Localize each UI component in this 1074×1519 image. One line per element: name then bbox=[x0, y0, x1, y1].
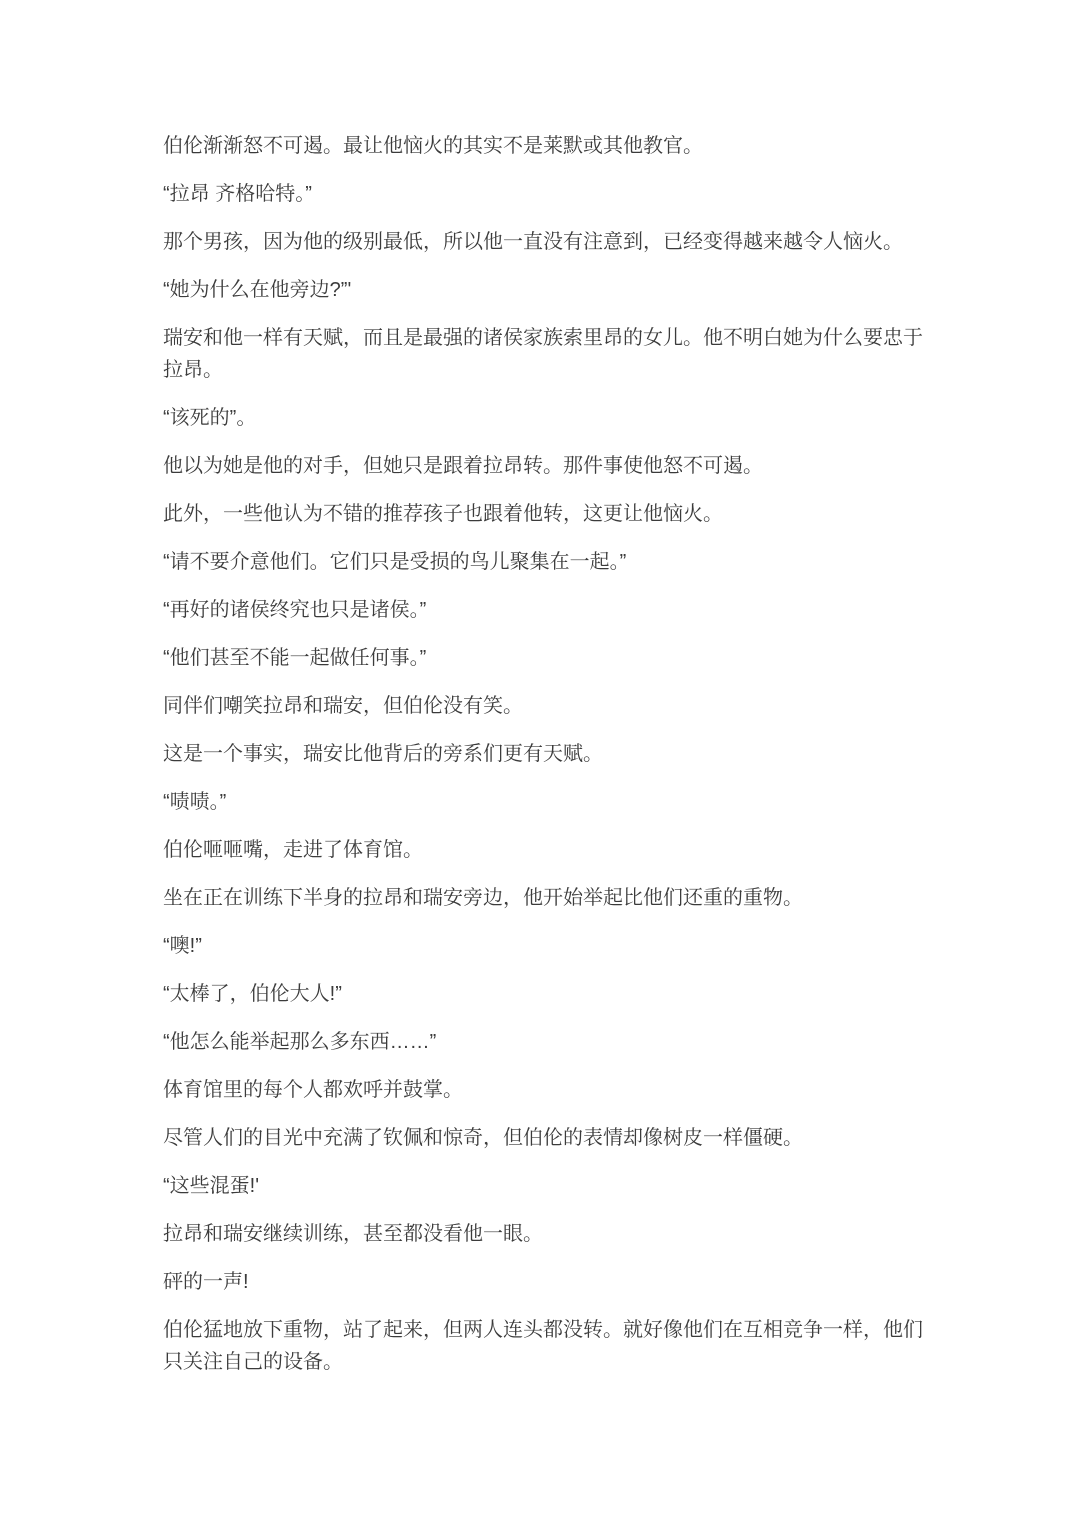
paragraph: 伯伦猛地放下重物，站了起来，但两人连头都没转。就好像他们在互相竞争一样，他们只关… bbox=[163, 1314, 929, 1378]
paragraph: “太棒了，伯伦大人!” bbox=[163, 978, 929, 1010]
paragraph: “这些混蛋!' bbox=[163, 1170, 929, 1202]
paragraph: 坐在正在训练下半身的拉昂和瑞安旁边，他开始举起比他们还重的重物。 bbox=[163, 882, 929, 914]
paragraph: “他怎么能举起那么多东西……” bbox=[163, 1026, 929, 1058]
paragraph: 砰的一声! bbox=[163, 1266, 929, 1298]
paragraph: 这是一个事实，瑞安比他背后的旁系们更有天赋。 bbox=[163, 738, 929, 770]
paragraph: 体育馆里的每个人都欢呼并鼓掌。 bbox=[163, 1074, 929, 1106]
paragraph: 那个男孩，因为他的级别最低，所以他一直没有注意到，已经变得越来越令人恼火。 bbox=[163, 226, 929, 258]
paragraph: “拉昂 齐格哈特。” bbox=[163, 178, 929, 210]
paragraph: 尽管人们的目光中充满了钦佩和惊奇，但伯伦的表情却像树皮一样僵硬。 bbox=[163, 1122, 929, 1154]
paragraph: 拉昂和瑞安继续训练，甚至都没看他一眼。 bbox=[163, 1218, 929, 1250]
paragraph: “她为什么在他旁边?”' bbox=[163, 274, 929, 306]
document-body: 伯伦渐渐怒不可遏。最让他恼火的其实不是莱默或其他教官。“拉昂 齐格哈特。”那个男… bbox=[163, 130, 929, 1378]
paragraph: “请不要介意他们。它们只是受损的鸟儿聚集在一起。” bbox=[163, 546, 929, 578]
paragraph: 伯伦咂咂嘴，走进了体育馆。 bbox=[163, 834, 929, 866]
paragraph: 他以为她是他的对手，但她只是跟着拉昂转。那件事使他怒不可遏。 bbox=[163, 450, 929, 482]
paragraph: 同伴们嘲笑拉昂和瑞安，但伯伦没有笑。 bbox=[163, 690, 929, 722]
novel-page: 伯伦渐渐怒不可遏。最让他恼火的其实不是莱默或其他教官。“拉昂 齐格哈特。”那个男… bbox=[0, 0, 1074, 1514]
paragraph: “该死的”。 bbox=[163, 402, 929, 434]
paragraph: “他们甚至不能一起做任何事。” bbox=[163, 642, 929, 674]
paragraph: “噢!” bbox=[163, 930, 929, 962]
paragraph: 瑞安和他一样有天赋，而且是最强的诸侯家族索里昂的女儿。他不明白她为什么要忠于拉昂… bbox=[163, 322, 929, 386]
paragraph: “再好的诸侯终究也只是诸侯。” bbox=[163, 594, 929, 626]
paragraph: “啧啧。” bbox=[163, 786, 929, 818]
paragraph: 此外，一些他认为不错的推荐孩子也跟着他转，这更让他恼火。 bbox=[163, 498, 929, 530]
paragraph: 伯伦渐渐怒不可遏。最让他恼火的其实不是莱默或其他教官。 bbox=[163, 130, 929, 162]
